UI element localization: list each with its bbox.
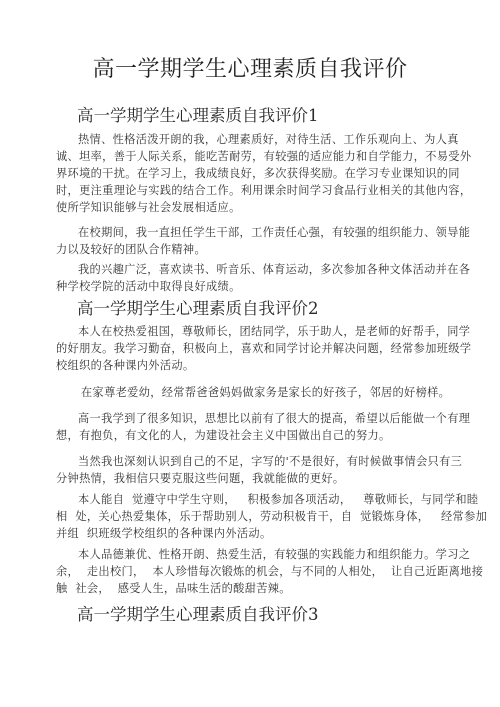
paragraph-line: 我的兴趣广泛，喜欢读书、听音乐、体育运动，多次参加各种文体活动并在各 <box>78 263 468 277</box>
paragraph-line: 余， 走出校门， 本人珍惜每次锻炼的机会，与不同的人相处， 让自己近距离地接 <box>56 565 446 579</box>
paragraph-line: 高一我学到了很多知识，思想比以前有了很大的提高，希望以后能做一个有理 <box>78 412 468 426</box>
paragraph-line: 时，更注重理论与实践的结合工作。利用课余时间学习食品行业相关的其他内容， <box>56 184 446 198</box>
section-heading-3: 高一学期学生心理素质自我评价3 <box>77 604 319 626</box>
paragraph-line: 使所学知识能够与社会发展相适应。 <box>56 201 446 215</box>
paragraph-line: 当然我也深刻认识到自己的不足，字写的'不是很好，有时候做事情会只有三 <box>78 455 468 469</box>
paragraph-line: 分钟热情，我相信只要克服这些问题，我就能做的更好。 <box>56 472 446 486</box>
paragraph-line: 热情、性格活泼开朗的我，心理素质好，对待生活、工作乐观向上、为人真 <box>78 133 468 147</box>
paragraph-line: 并组 织班级学校组织的各种课内外活动。 <box>56 527 446 541</box>
paragraph-line: 触 社会， 感受人生，品味生活的酸甜苦辣。 <box>56 582 446 596</box>
paragraph-line: 诚、坦率，善于人际关系，能吃苦耐劳，有较强的适应能力和自学能力，不易受外 <box>56 150 446 164</box>
paragraph-line: 力以及较好的团队合作精神。 <box>56 243 446 257</box>
paragraph-line: 的好朋友。我学习勤奋，积极向上，喜欢和同学讨论并解决问题，经常参加班级学 <box>56 342 446 356</box>
paragraph-line: 种学校学院的活动中取得良好成绩。 <box>56 280 446 294</box>
paragraph-line: 界环境的干扰。在学习上，我成绩良好，多次获得奖励。在学习专业课知识的同 <box>56 167 446 181</box>
paragraph-line: 本人能自 觉遵守中学生守则， 积极参加各项活动， 尊敬师长，与同学和睦 <box>78 493 468 507</box>
paragraph-line: 相 处，关心热爱集体，乐于帮助别人，劳动积极肯干，自 觉锻炼身体， 经常参加 <box>56 510 446 524</box>
section-heading-1: 高一学期学生心理素质自我评价1 <box>77 105 319 127</box>
document-title: 高一学期学生心理素质自我评价 <box>0 56 500 84</box>
paragraph-line: 在校期间，我一直担任学生干部，工作责任心强，有较强的组织能力、领导能 <box>78 226 468 240</box>
paragraph-line: 本人在校热爱祖国，尊敬师长，团结同学，乐于助人，是老师的好帮手，同学 <box>78 325 468 339</box>
document-page: 高一学期学生心理素质自我评价 高一学期学生心理素质自我评价1 热情、性格活泼开朗… <box>0 0 500 707</box>
paragraph-line: 在家尊老爱幼，经常帮爸爸妈妈做家务是家长的好孩子，邻居的好榜样。 <box>81 386 471 400</box>
paragraph-line: 想，有抱负，有文化的人，为建设社会主义中国做出自己的努力。 <box>56 429 446 443</box>
paragraph-line: 本人品德兼优、性格开朗、热爱生活，有较强的实践能力和组织能力。学习之 <box>78 548 468 562</box>
paragraph-line: 校组织的各种课内外活动。 <box>56 359 446 373</box>
section-heading-2: 高一学期学生心理素质自我评价2 <box>77 298 319 320</box>
